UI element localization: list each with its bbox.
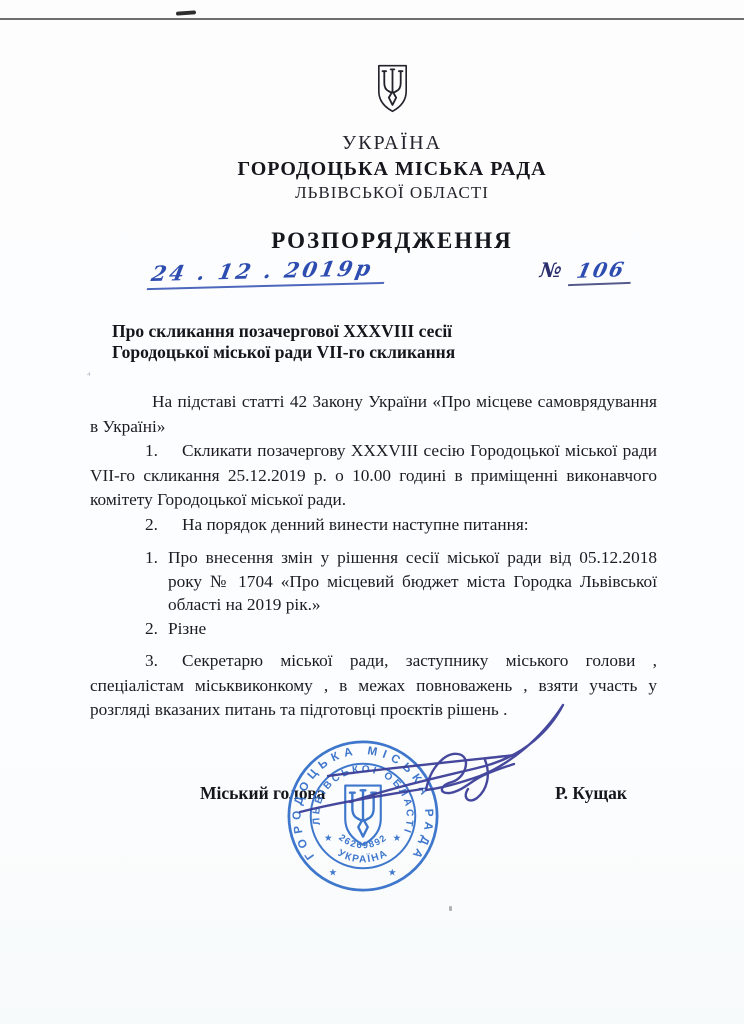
seal-star-right: ★ bbox=[388, 867, 396, 877]
number-sign: № bbox=[539, 258, 563, 282]
scanned-document-page: ₄ УКРАЇНА ГОРОДОЦЬКА МІСЬКА РАДА bbox=[0, 0, 744, 1024]
scan-artifact-dash bbox=[176, 10, 196, 15]
list-text: Різне bbox=[168, 619, 206, 638]
intro-paragraph: На підставі статті 42 Закону України «Пр… bbox=[90, 390, 657, 439]
document-type-title: РОЗПОРЯДЖЕННЯ bbox=[0, 228, 744, 254]
subject-line-1: Про скликання позачергової XXXVIII сесії bbox=[112, 321, 632, 342]
country-name: УКРАЇНА bbox=[0, 132, 744, 155]
list-number: 2. bbox=[145, 617, 158, 641]
scan-edge-line bbox=[0, 18, 744, 20]
ordered-paragraph-1: 1.Скликати позачергову XXXVIII сесію Гор… bbox=[90, 439, 657, 513]
subject-line-2: Городоцької міської ради VII-го скликанн… bbox=[112, 342, 632, 363]
list-text: Про внесення змін у рішення сесії місько… bbox=[168, 548, 657, 614]
document-header: УКРАЇНА ГОРОДОЦЬКА МІСЬКА РАДА ЛЬВІВСЬКО… bbox=[0, 62, 744, 254]
paragraph-number: 1. bbox=[145, 441, 158, 460]
paragraph-number: 3. bbox=[145, 651, 158, 670]
agenda-list: 1.Про внесення змін у рішення сесії місь… bbox=[145, 546, 657, 640]
handwritten-date: 24 . 12 . 2019р bbox=[147, 255, 390, 290]
paragraph-text: На порядок денний винести наступне питан… bbox=[182, 515, 529, 534]
agenda-item-1: 1.Про внесення змін у рішення сесії місь… bbox=[145, 546, 657, 617]
scan-artifact-mark: ₄ bbox=[87, 366, 92, 378]
trident-shield-icon bbox=[377, 62, 408, 115]
document-body: На підставі статті 42 Закону України «Пр… bbox=[90, 390, 657, 723]
document-number: № 106 bbox=[540, 258, 633, 285]
agenda-item-2: 2.Різне bbox=[145, 617, 657, 641]
ordered-paragraph-2: 2.На порядок денний винести наступне пит… bbox=[90, 513, 657, 538]
list-number: 1. bbox=[145, 546, 158, 570]
council-name: ГОРОДОЦЬКА МІСЬКА РАДА bbox=[0, 158, 744, 181]
handwritten-number: 106 bbox=[568, 257, 636, 286]
handwritten-signature bbox=[280, 690, 650, 860]
paragraph-text: Скликати позачергову XXXVIII сесію Город… bbox=[90, 441, 657, 509]
seal-star-left: ★ bbox=[329, 867, 337, 877]
paragraph-number: 2. bbox=[145, 515, 158, 534]
subject-block: Про скликання позачергової XXXVIII сесії… bbox=[112, 321, 632, 363]
scan-artifact-speck bbox=[449, 906, 452, 911]
region-name: ЛЬВІВСЬКОЇ ОБЛАСТІ bbox=[0, 183, 744, 203]
